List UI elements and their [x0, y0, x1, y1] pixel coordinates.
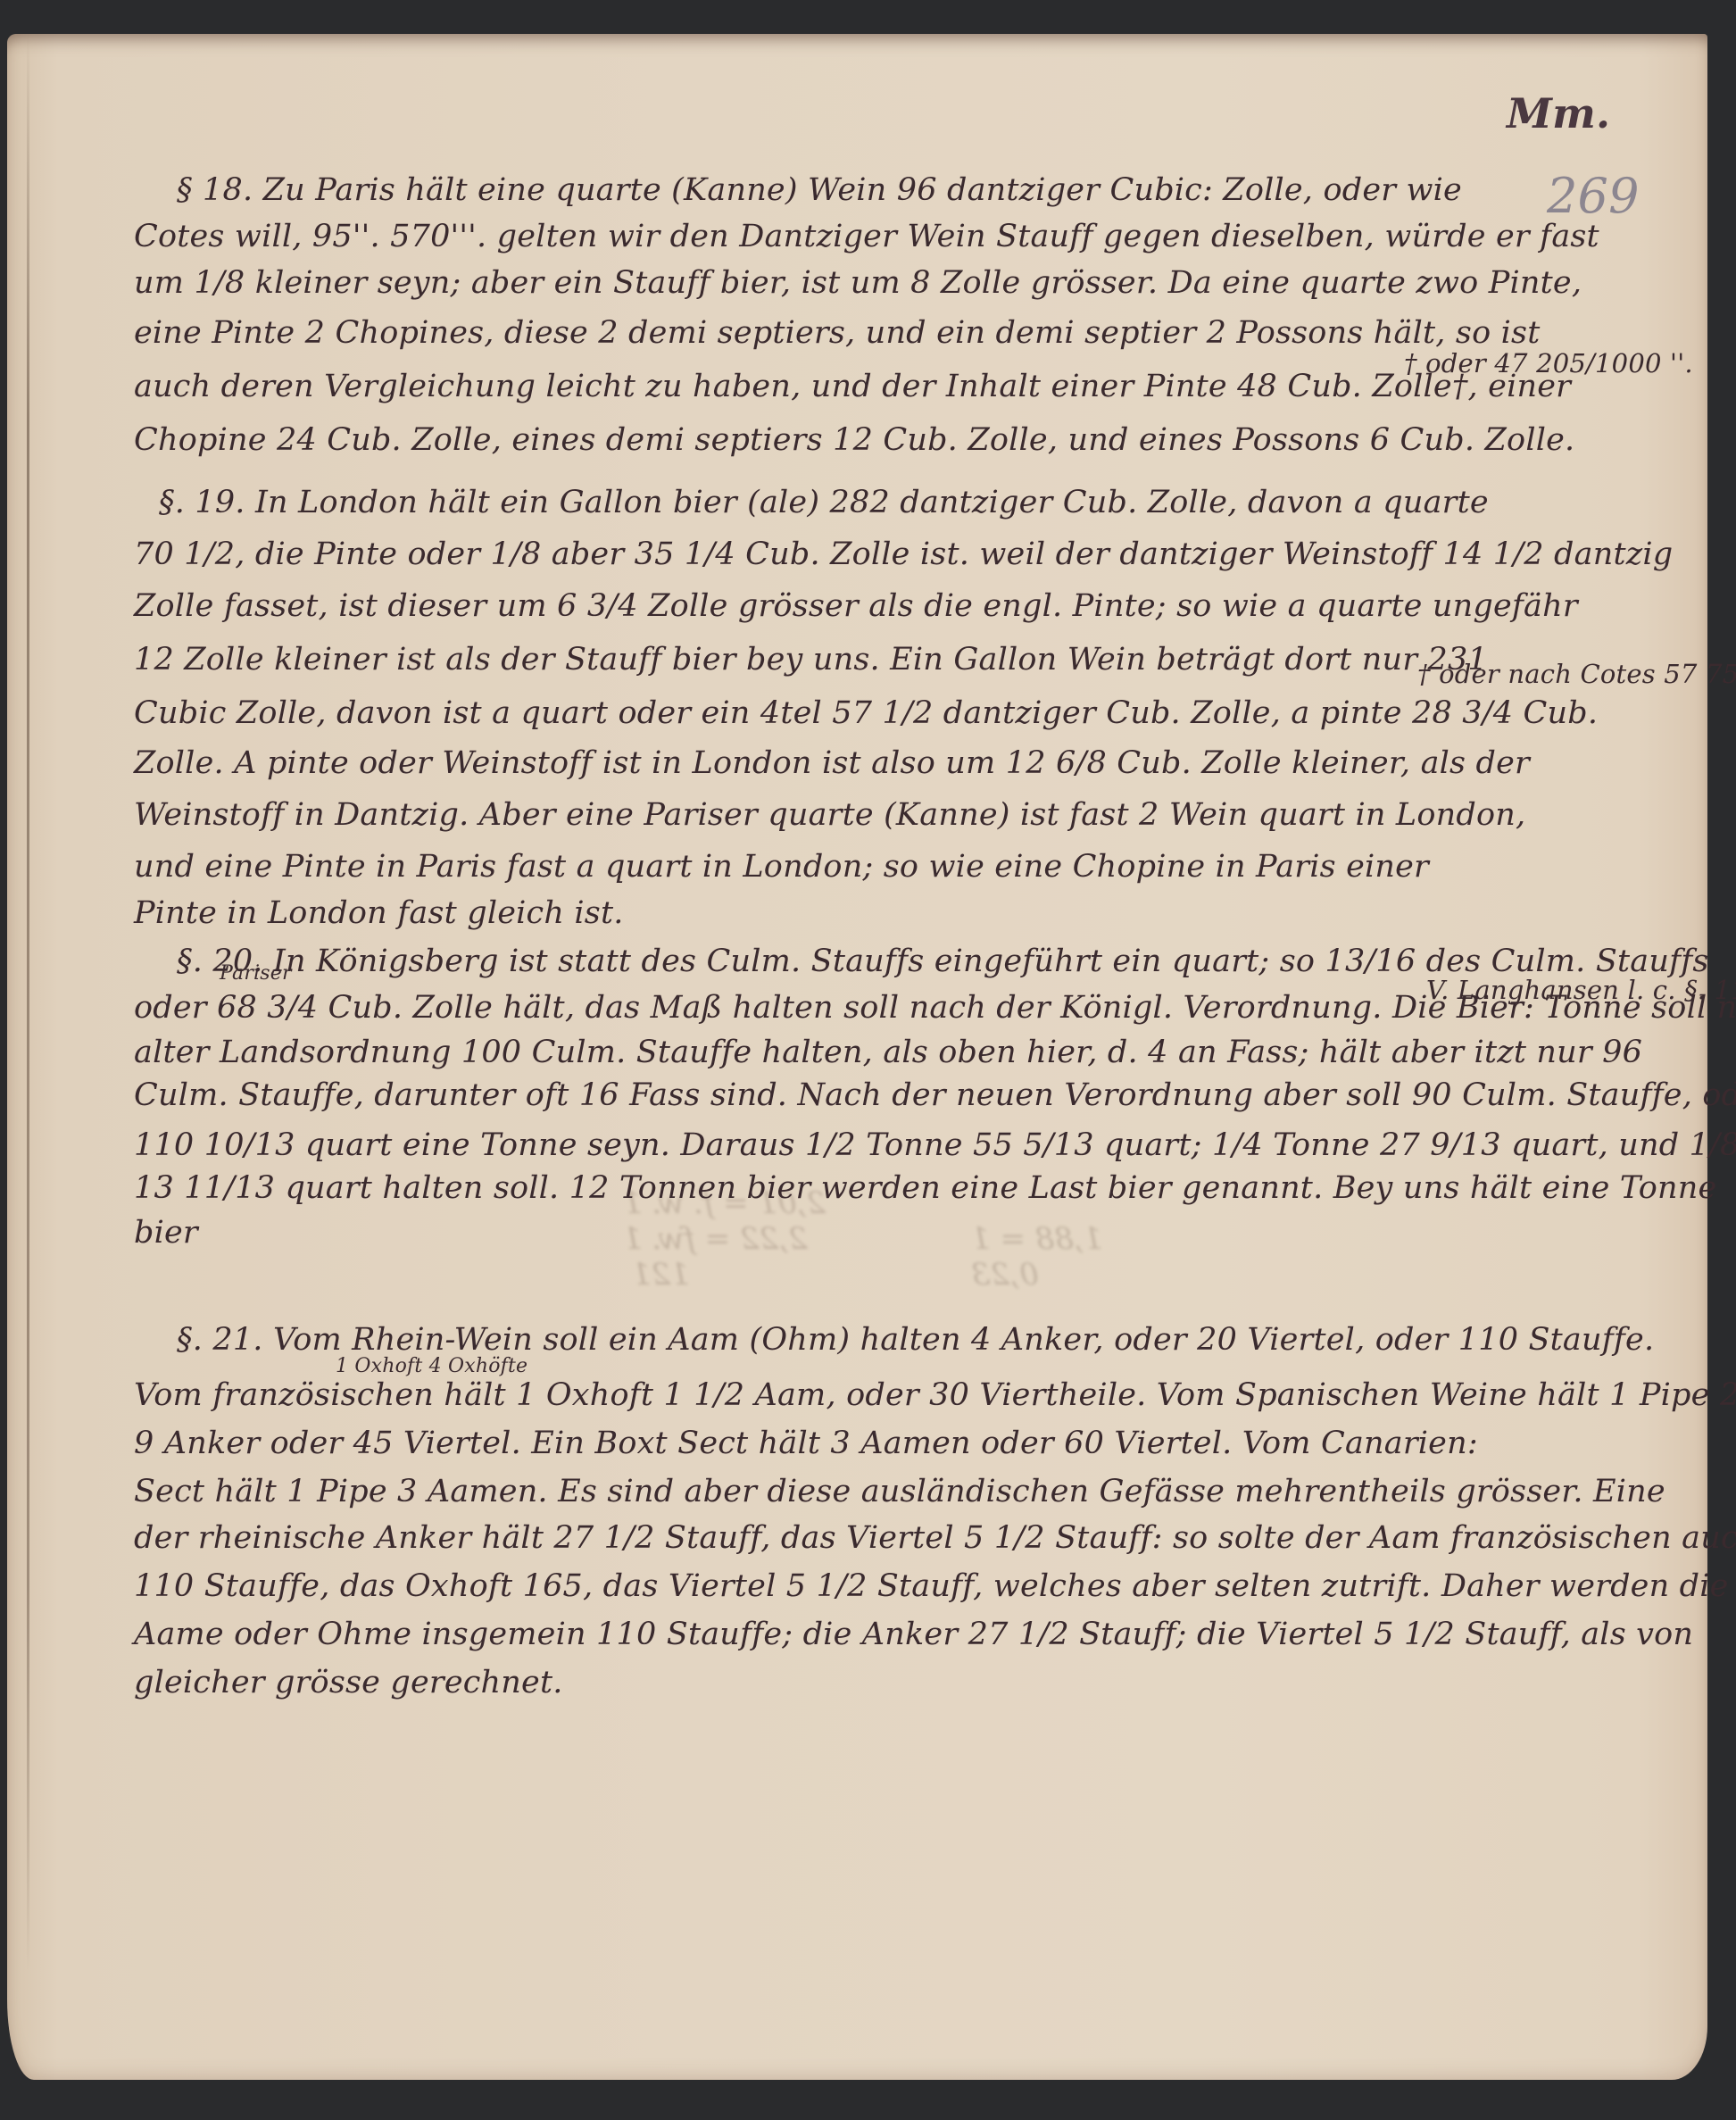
- interlinear-note: Pariser: [220, 962, 292, 985]
- manuscript-page: 2,01 = f. w. 1 2,22 = fw. 1 121 1,88 = 1…: [7, 34, 1707, 2080]
- text-line: 13 11/13 quart halten soll. 12 Tonnen bi…: [134, 1173, 1716, 1204]
- folio-number: 269: [1547, 168, 1640, 224]
- text-line: §. 20. In Königsberg ist statt des Culm.…: [177, 946, 1709, 977]
- margin-note: V. Langhansen l. c. §. 11: [1426, 975, 1736, 1005]
- text-line: §. 21. Vom Rhein-Wein soll ein Aam (Ohm)…: [177, 1325, 1654, 1356]
- signature-mark: Mm.: [1507, 89, 1610, 137]
- text-line: alter Landsordnung 100 Culm. Stauffe hal…: [134, 1037, 1642, 1068]
- text-line: Cotes will, 95''. 570'''. gelten wir den…: [134, 221, 1599, 253]
- text-line: Sect hält 1 Pipe 3 Aamen. Es sind aber d…: [134, 1476, 1665, 1508]
- text-line: gleicher grösse gerechnet.: [134, 1667, 563, 1699]
- interlinear-note: 1 Oxhoft 4 Oxhöfte: [336, 1355, 527, 1377]
- margin-note: † oder 47 205/1000 ''.: [1404, 348, 1693, 378]
- text-line: um 1/8 kleiner seyn; aber ein Stauff bie…: [134, 268, 1582, 299]
- text-line: und eine Pinte in Paris fast a quart in …: [134, 852, 1429, 883]
- text-line: Zolle fasset, ist dieser um 6 3/4 Zolle …: [134, 591, 1578, 622]
- text-line: der rheinische Anker hält 27 1/2 Stauff,…: [134, 1523, 1736, 1554]
- bleed-through-text: 0,23: [971, 1257, 1039, 1293]
- text-line: bier: [134, 1218, 198, 1249]
- text-line: 110 Stauffe, das Oxhoft 165, das Viertel…: [134, 1571, 1729, 1602]
- text-line: Vom französischen hält 1 Oxhoft 1 1/2 Aa…: [134, 1380, 1736, 1411]
- bleed-through-text: 121: [632, 1257, 690, 1293]
- text-line: Chopine 24 Cub. Zolle, eines demi septie…: [134, 425, 1574, 456]
- document-viewer: 2,01 = f. w. 1 2,22 = fw. 1 121 1,88 = 1…: [0, 0, 1736, 2120]
- text-line: auch deren Vergleichung leicht zu haben,…: [134, 371, 1571, 403]
- text-line: Pinte in London fast gleich ist.: [134, 898, 624, 929]
- text-line: Zolle. A pinte oder Weinstoff ist in Lon…: [134, 748, 1530, 779]
- text-line: 110 10/13 quart eine Tonne seyn. Daraus …: [134, 1130, 1736, 1161]
- text-line: 70 1/2, die Pinte oder 1/8 aber 35 1/4 C…: [134, 539, 1673, 570]
- text-line: §. 19. In London hält ein Gallon bier (a…: [159, 487, 1489, 519]
- text-line: § 18. Zu Paris hält eine quarte (Kanne) …: [177, 175, 1462, 206]
- text-line: eine Pinte 2 Chopines, diese 2 demi sept…: [134, 318, 1541, 349]
- margin-note: † oder nach Cotes 57 75/100: [1417, 659, 1736, 689]
- text-line: 12 Zolle kleiner ist als der Stauff bier…: [134, 644, 1488, 676]
- text-line: Weinstoff in Dantzig. Aber eine Pariser …: [134, 800, 1525, 831]
- text-line: Cubic Zolle, davon ist a quart oder ein …: [134, 698, 1598, 729]
- text-line: Culm. Stauffe, darunter oft 16 Fass sind…: [134, 1080, 1736, 1111]
- text-line: 9 Anker oder 45 Viertel. Ein Boxt Sect h…: [134, 1428, 1478, 1459]
- bleed-through-text: 2,22 = fw. 1: [623, 1221, 808, 1257]
- bleed-through-text: 1,88 = 1: [971, 1221, 1102, 1257]
- text-line: Aame oder Ohme insgemein 110 Stauffe; di…: [134, 1619, 1693, 1650]
